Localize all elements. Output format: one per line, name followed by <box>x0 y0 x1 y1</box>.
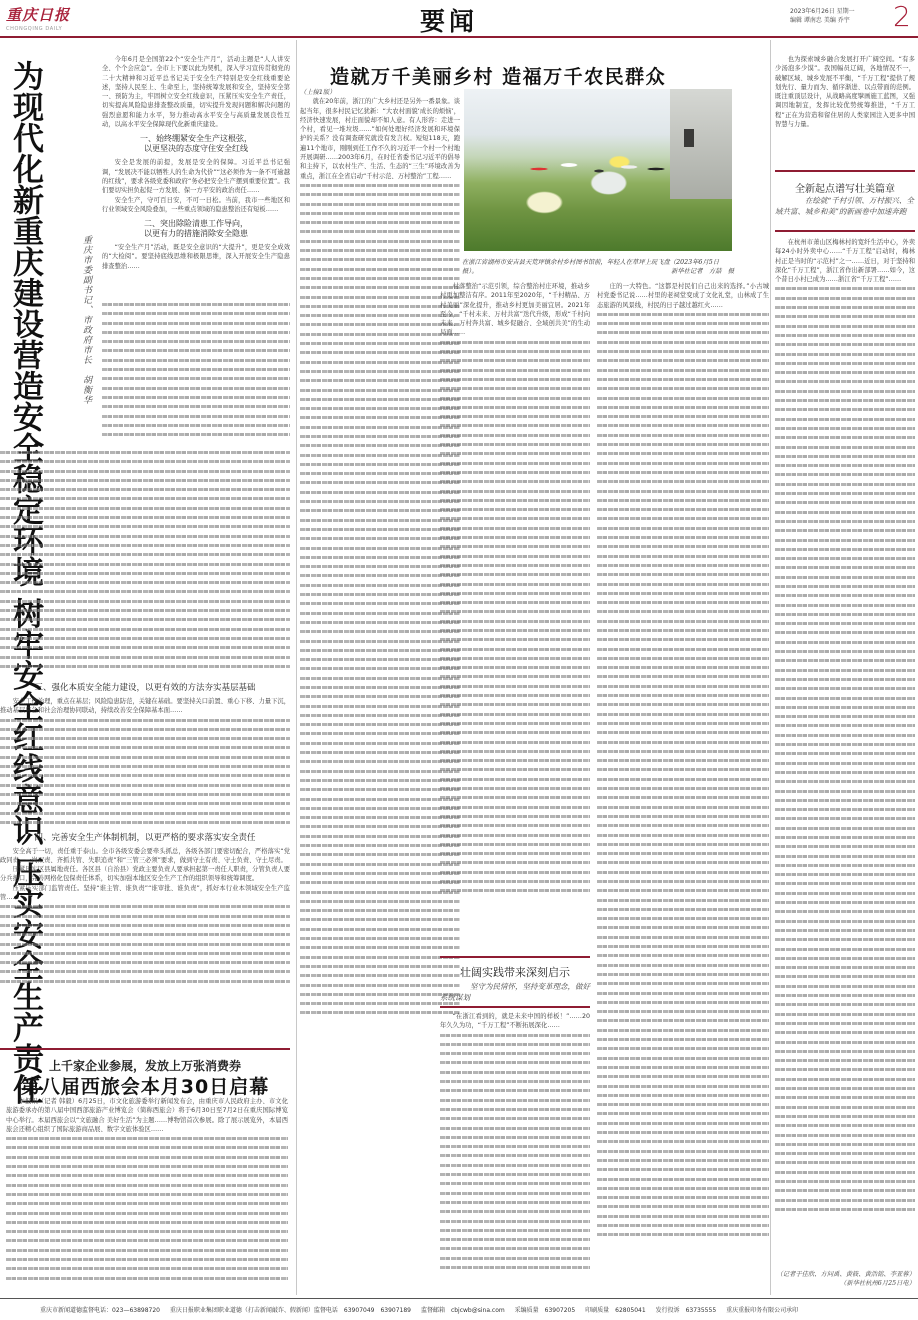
center-col3-text-block <box>597 310 769 1270</box>
center-col-1: （上接1版） 就在20年前，浙江的广大乡村还是另外一番景象。谈起当年，很多村民记… <box>300 88 460 1041</box>
section4-paragraph-1: 安全高于一切，责任重于泰山。全市各级安委会要牵头抓总，各级各部门要密切配合，严格… <box>0 847 290 866</box>
center-col3-paragraph: 庄的一大特色。“这都是村民们自己出来的选择。”小古城村党委书记说……村里的老祠堂… <box>597 282 769 310</box>
footer-item-print-quality: 印刷质量 62805041 <box>585 1307 646 1314</box>
section1-title-b: 以更坚决的态度守住安全红线 <box>102 144 290 154</box>
right-divider-top <box>775 170 915 172</box>
section4-paragraph-3: 压紧压实部门监管责任。坚持“谁主管、谁负责”“谁审批、谁负责”，抓好本行业本领域… <box>0 884 290 903</box>
section2-title-a: 二、突出除险清患工作导向， <box>102 219 290 229</box>
page-number: 2 <box>893 2 911 32</box>
right-footnote: （记者于佳欣、方问禹、黄筱、黄浩铭、李亚蓉）（新华社杭州6月25日电） <box>775 1270 915 1288</box>
section-title: 要闻 <box>420 2 478 38</box>
footer-item-distribution: 发行投诉 63735555 <box>656 1307 717 1314</box>
center-headline: 造就万千美丽乡村 造福万千农民群众 <box>330 62 666 89</box>
xilv-headline: 第八届西旅会本月30日启幕 <box>0 1072 290 1099</box>
section3-text-block <box>0 716 290 828</box>
lead-body-wide: 三、强化本质安全能力建设，以更有效的方法夯实基层基础 安全工作治理，重点在基层；… <box>0 448 290 992</box>
center-col1-text-block <box>300 181 460 1041</box>
footer: 重庆市新闻道德监督电话：023—63898720 重庆日报职业集团职业道德（打击… <box>40 1305 900 1314</box>
issue-date: 2023年6月26日 星期一 <box>790 7 855 16</box>
right-bottom-body: 在杭州市萧山区梅林村的宽纤生活中心，外卖每24小时外卖中心……“千万工程”启动时… <box>775 238 915 1244</box>
lead-body-continued <box>102 300 290 440</box>
footer-item-printer: 重庆重报印务有限公司承印 <box>726 1307 798 1314</box>
section4-text-block <box>0 902 290 992</box>
footer-item-email: 监督邮箱 cbjcwb@sina.com <box>421 1307 505 1314</box>
center-col-3: 庄的一大特色。“这都是村民们自己出来的选择。”小古城村党委书记说……村里的老祠堂… <box>597 282 769 1270</box>
zhuang-text-block <box>440 1031 590 1281</box>
right-top-paragraph: 也为探索城乡融合发展打开广阔空间。“有多少汤泡多少馍”。我国幅员辽阔，各地情况不… <box>775 55 915 129</box>
xilv-body: 本报讯（记者 韩毅）6月25日，市文化旅游委举行新闻发布会，由重庆市人民政府主办… <box>6 1097 288 1284</box>
zhuang-divider-top <box>440 956 590 958</box>
photo-people <box>524 149 674 189</box>
masthead-divider <box>0 36 918 38</box>
xilv-divider <box>0 1048 290 1050</box>
village-photo <box>464 89 732 251</box>
newspaper-logo: 重庆日报 CHONGQING DAILY <box>6 4 70 32</box>
center-col-2: 村落整治“示范引领，综合整治村庄环境，推动乡村更加整洁有序。2011年至2020… <box>440 282 590 938</box>
section3-title: 三、强化本质安全能力建设，以更有效的方法夯实基层基础 <box>0 683 290 693</box>
right-text-block <box>775 284 915 1244</box>
section1-title: 一、始终绷紧安全生产这根弦， 以更坚决的态度守住安全红线 <box>102 134 290 154</box>
lead-body: 今年6月是全国第22个“安全生产月”，活动主题是“人人讲安全、个个会应急”。全市… <box>102 55 290 271</box>
footer-item-ethics-hotline: 重庆市新闻道德监督电话：023—63898720 <box>40 1307 160 1314</box>
section2-paragraph-1: “安全生产月”活动，既是安全意识的“大提升”，更是安全成效的“大检阅”。要坚持底… <box>102 243 290 271</box>
zhuang-divider-bottom <box>440 1006 590 1008</box>
footer-divider <box>0 1298 918 1299</box>
right-section-title: 全新起点谱写壮美篇章 <box>775 180 915 195</box>
lead-author: 重庆市委副书记、市政府市长 胡衡华 <box>80 235 93 405</box>
section1-paragraph-1: 安全是发展的前提，发展是安全的保障。习近平总书记强调，“发展决不能以牺牲人的生命… <box>102 158 290 195</box>
editors: 编辑 谭南忠 美编 乔宇 <box>790 16 855 25</box>
section3-paragraph-1: 安全工作治理，重点在基层；风险隐患防范，关键在基础。要坚持关口前置、重心下移、力… <box>0 697 290 716</box>
photo-caption: 在浙江省湖州市安吉县天荒坪镇余村乡村图书馆前，年轻人在草坪上玩飞盘（2023年6… <box>462 258 734 276</box>
footer-item-group-hotline: 重庆日报职业集团职业道德（打击新闻敲诈、假新闻）监督电话 63907049 63… <box>170 1307 411 1314</box>
right-divider-bottom <box>775 230 915 232</box>
column-divider-left <box>296 40 297 1295</box>
photo-credit: 新华社记者 方喆 摄 <box>671 267 734 276</box>
xilv-paragraph: 本报讯（记者 韩毅）6月25日，市文化旅游委举行新闻发布会，由重庆市人民政府主办… <box>6 1097 288 1134</box>
logo-chinese: 重庆日报 <box>6 4 70 25</box>
column-divider-right <box>770 40 771 1295</box>
section4-paragraph-2: 压紧压实区县属地责任。各区县（自治县）党政主要负责人要承担起第一责任人职责，分管… <box>0 865 290 884</box>
masthead: 重庆日报 CHONGQING DAILY 要闻 2023年6月26日 星期一 编… <box>0 0 918 36</box>
section2-title-b: 以更有力的措施消除安全隐患 <box>102 229 290 239</box>
issue-meta: 2023年6月26日 星期一 编辑 谭南忠 美编 乔宇 <box>790 7 855 25</box>
center-col2-text-block <box>440 338 590 938</box>
lead-intro: 今年6月是全国第22个“安全生产月”，活动主题是“人人讲安全、个个会应急”。全市… <box>102 55 290 129</box>
logo-english: CHONGQING DAILY <box>6 26 70 32</box>
footer-item-editorial-quality: 采编质量 63907205 <box>515 1307 576 1314</box>
continued-marker: （上接1版） <box>300 88 460 97</box>
lead-wide-text-block <box>0 448 290 678</box>
zhuang-paragraph: “在浙江看到的，就是未来中国的样板！”……20年久久为功，“千万工程”不断拓展深… <box>440 1012 590 1031</box>
center-col2-paragraph: 村落整治“示范引领，综合整治村庄环境，推动乡村更加整洁有序。2011年至2020… <box>440 282 590 338</box>
right-bottom-paragraph: 在杭州市萧山区梅林村的宽纤生活中心，外卖每24小时外卖中心……“千万工程”启动时… <box>775 238 915 284</box>
zhuang-section-title: 壮阔实践带来深刻启示 <box>440 964 590 980</box>
section2-title: 二、突出除险清患工作导向， 以更有力的措施消除安全隐患 <box>102 219 290 239</box>
section4-title: 四、完善安全生产体制机制，以更严格的要求落实安全责任 <box>0 833 290 843</box>
xilv-text-block <box>6 1134 288 1284</box>
zhuang-section-subtitle: 坚守为民情怀，坚持变革理念，做好系统谋划 <box>440 981 590 1003</box>
section1-title-a: 一、始终绷紧安全生产这根弦， <box>102 134 290 144</box>
photo-building <box>670 89 732 199</box>
zhuang-body: “在浙江看到的，就是未来中国的样板！”……20年久久为功，“千万工程”不断拓展深… <box>440 1012 590 1281</box>
right-section-subtitle: 在绘就“千村引领、万村振兴、全域共富、城乡和美”的新画卷中加速奔跑 <box>775 195 915 217</box>
section1-paragraph-2: 安全生产，守可百日安，不可一日松。当前，我市一些地区和行业领域安全风险叠加，一些… <box>102 196 290 215</box>
right-top-body: 也为探索城乡融合发展打开广阔空间。“有多少汤泡多少馍”。我国幅员辽阔，各地情况不… <box>775 55 915 129</box>
center-col1-paragraph: 就在20年前，浙江的广大乡村还是另外一番景象。谈起当年，很多村民记忆犹新：“大农… <box>300 97 460 181</box>
